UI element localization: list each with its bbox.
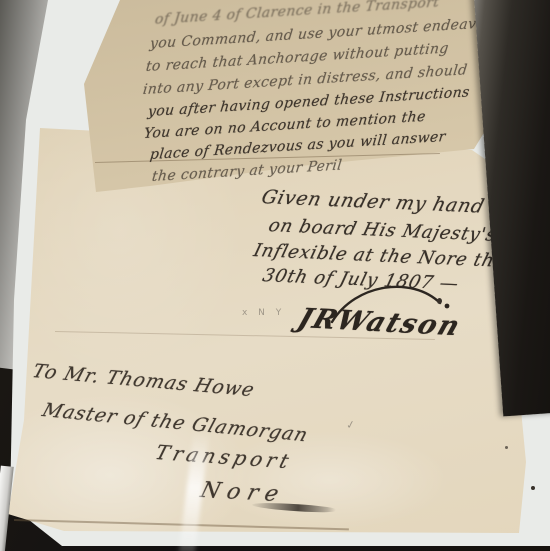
ink-speck [505,446,508,449]
pencil-tick: ✓ [345,417,360,432]
ink-speck [437,298,442,304]
letter-photo: of June 4 of Clarence in the Transport y… [0,0,550,551]
ink-speck [531,486,535,490]
pencil-marks: x N Y [242,308,285,318]
